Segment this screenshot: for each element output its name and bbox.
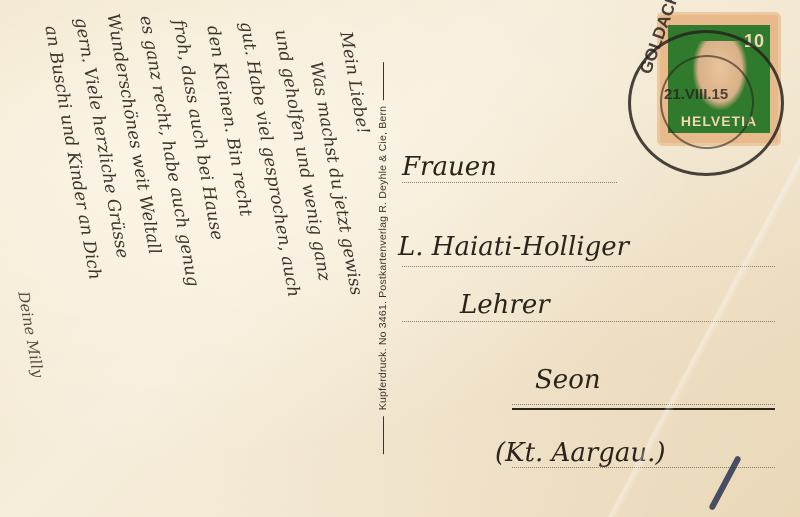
address-line [512,403,775,405]
postmark-date: 21.VIII.15 [664,86,728,103]
postcard-back: Mein Liebe! Was machst du jetzt gewiss u… [0,0,800,517]
divider-rule [383,62,384,100]
address-name: L. Haiati-Holliger [398,232,629,262]
address-town: Seon [535,365,601,395]
address-canton: (Kt. Aargau.) [495,438,666,468]
handwritten-message: Mein Liebe! Was machst du jetzt gewiss u… [10,10,370,510]
signature: Deine Milly [14,290,47,379]
address-title: Lehrer [460,290,550,320]
address-line [402,265,775,267]
publisher-imprint-text: Kupferdruck. No 3461. Postkartenverlag R… [377,106,389,410]
blue-pen-mark [708,455,741,511]
divider-rule [383,416,384,454]
address-line [402,320,775,322]
underline-rule [512,408,775,410]
publisher-imprint: Kupferdruck. No 3461. Postkartenverlag R… [377,56,389,460]
message-line: Mein Liebe! [335,30,373,136]
address-line [402,181,617,183]
address-salutation: Frauen [402,152,497,182]
